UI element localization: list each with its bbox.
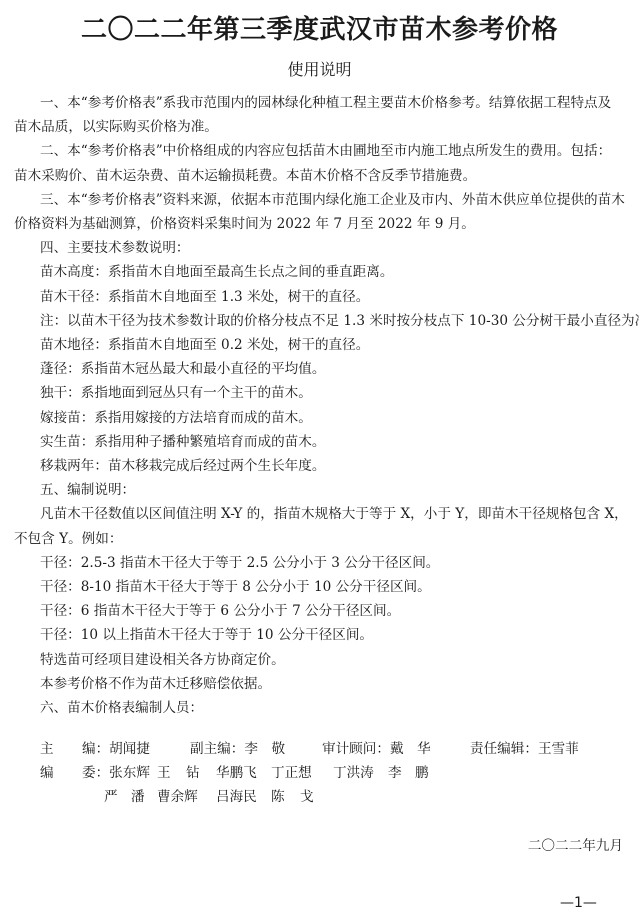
staff-deputy-editor: 副主编：李 敬 <box>190 739 285 759</box>
staff-audit-advisor: 审计顾问：戴 华 <box>322 739 431 759</box>
staff-name: 曹余辉 <box>157 787 198 807</box>
interval-rule-line-2: 不包含 Y。例如： <box>14 527 624 551</box>
compensation-note: 本参考价格不作为苗木迁移赔偿依据。 <box>14 672 624 696</box>
interval-rule-line-1: 凡苗木干径数值以区间值注明 X-Y 的，指苗木规格大于等于 X，小于 Y，即苗木… <box>14 502 624 526</box>
definition-trunk-diameter: 苗木干径：系指苗木自地面至 1.3 米处，树干的直径。 <box>14 285 624 309</box>
definition-transplant: 移栽两年：苗木移栽完成后经过两个生长年度。 <box>14 454 624 478</box>
special-seedling-note: 特选苗可经项目建设相关各方协商定价。 <box>14 648 624 672</box>
paragraph-3-line-2: 价格资料为基础测算，价格资料采集时间为 2022 年 7 月至 2022 年 9… <box>14 212 624 236</box>
staff-name: 潘 <box>131 787 145 807</box>
definition-crown-diameter: 蓬径：系指苗木冠丛最大和最小直径的平均值。 <box>14 357 624 381</box>
document-subtitle: 使用说明 <box>0 58 639 82</box>
paragraph-2-line-2: 苗木采购价、苗木运杂费、苗木运输损耗费。本苗木价格不含反季节措施费。 <box>14 164 624 188</box>
staff-committee-first: 委：张东辉 <box>82 763 150 783</box>
section-5-heading: 五、编制说明： <box>14 478 624 502</box>
section-4-heading: 四、主要技术参数说明： <box>14 236 624 260</box>
staff-label-chief: 主 <box>40 739 54 759</box>
staff-name: 丁洪涛 <box>333 763 374 783</box>
usage-instructions-body: 一、本“参考价格表”系我市范围内的园林绿化种植工程主要苗木价格参考。结算依据工程… <box>14 91 624 720</box>
example-2: 干径：8-10 指苗木干径大于等于 8 公分小于 10 公分干径区间。 <box>14 575 624 599</box>
example-1: 干径：2.5-3 指苗木干径大于等于 2.5 公分小于 3 公分干径区间。 <box>14 551 624 575</box>
staff-name: 严 <box>104 787 118 807</box>
staff-chief-editor: 编：胡闻捷 <box>82 739 150 759</box>
definition-height: 苗木高度：系指苗木自地面至最高生长点之间的垂直距离。 <box>14 260 624 284</box>
note-branching-point: 注：以苗木干径为技术参数计取的价格分枝点不足 1.3 米时按分枝点下 10-30… <box>14 309 624 333</box>
staff-name: 华鹏飞 <box>216 763 257 783</box>
paragraph-1-line-2: 苗木品质，以实际购买价格为准。 <box>14 115 624 139</box>
paragraph-3-line-1: 三、本“参考价格表”资料来源，依据本市范围内绿化施工企业及市内、外苗木供应单位提… <box>14 188 624 212</box>
definition-ground-diameter: 苗木地径：系指苗木自地面至 0.2 米处，树干的直径。 <box>14 333 624 357</box>
paragraph-2-line-1: 二、本“参考价格表”中价格组成的内容应包括苗木由圃地至市内施工地点所发生的费用。… <box>14 139 624 163</box>
page-number: —1— <box>560 895 597 911</box>
staff-name: 丁正想 <box>271 763 312 783</box>
document-date: 二〇二二年九月 <box>0 834 623 854</box>
example-3: 干径：6 指苗木干径大于等于 6 公分小于 7 公分干径区间。 <box>14 599 624 623</box>
example-4: 干径：10 以上指苗木干径大于等于 10 公分干径区间。 <box>14 623 624 647</box>
paragraph-1-line-1: 一、本“参考价格表”系我市范围内的园林绿化种植工程主要苗木价格参考。结算依据工程… <box>14 91 624 115</box>
staff-name: 鹏 <box>415 763 429 783</box>
staff-name: 吕海民 <box>216 787 257 807</box>
definition-grafted: 嫁接苗：系指用嫁接的方法培育而成的苗木。 <box>14 406 624 430</box>
staff-name: 陈 <box>271 787 285 807</box>
section-6-heading: 六、苗木价格表编制人员： <box>14 696 624 720</box>
staff-name: 戈 <box>300 787 314 807</box>
document-title: 二〇二二年第三季度武汉市苗木参考价格 <box>0 14 639 46</box>
staff-name: 李 <box>388 763 402 783</box>
staff-name: 王 <box>157 763 171 783</box>
definition-seedling: 实生苗：系指用种子播种繁殖培育而成的苗木。 <box>14 430 624 454</box>
definition-single-trunk: 独干：系指地面到冠丛只有一个主干的苗木。 <box>14 381 624 405</box>
staff-label-committee: 编 <box>40 763 54 783</box>
staff-responsible-editor: 责任编辑：王雪菲 <box>470 739 579 759</box>
staff-name: 钻 <box>186 763 200 783</box>
